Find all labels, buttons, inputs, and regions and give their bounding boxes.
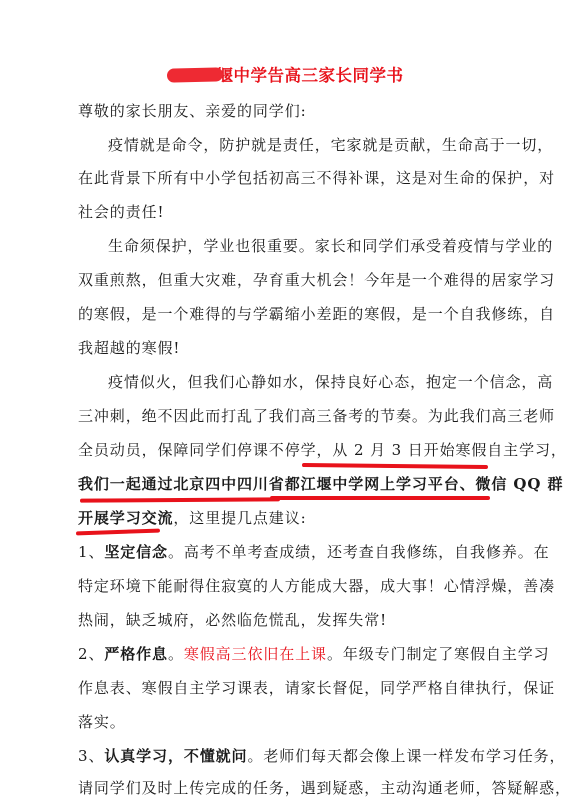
paragraph-line: 社会的责任! — [78, 202, 498, 222]
document-page: 堰中学告高三家长同学书 尊敬的家长朋友、亲爱的同学们: 疫情就是命令，防护就是责… — [0, 0, 570, 807]
document-title: 堰中学告高三家长同学书 — [0, 62, 570, 86]
list-item-2: 2、严格作息。寒假高三依旧在上课。年级专门制定了寒假自主学习 — [78, 644, 498, 664]
paragraph-line: 疫情似火，但我们心静如水，保持良好心态，抱定一个信念，高 — [108, 372, 498, 392]
paragraph-line: 生命须保护，学业也很重要。家长和同学们承受着疫情与学业的 — [108, 236, 498, 256]
list-item-3: 3、认真学习，不懂就问。老师们每天都会像上课一样发布学习任务， — [78, 746, 498, 766]
paragraph-line: 开展学习交流，这里提几点建议: — [78, 508, 498, 528]
item-number: 2、 — [78, 645, 104, 663]
text-span: 。 — [168, 645, 184, 663]
text-span: 。年级专门制定了寒假自主学习 — [327, 645, 550, 663]
item-heading: 认真学习，不懂就问 — [104, 747, 247, 765]
item-number: 1、 — [78, 543, 104, 561]
title-text: 堰中学告高三家长同学书 — [217, 66, 404, 85]
paragraph-line: 作息表、寒假自主学习课表，请家长督促，同学严格自律执行，保证 — [78, 678, 498, 698]
red-underline-mark — [302, 463, 488, 469]
red-highlight-text: 寒假高三依旧在上课 — [184, 645, 327, 663]
text-span: ，这里提几点建议: — [173, 509, 306, 527]
paragraph-line: 疫情就是命令，防护就是责任，宅家就是贡献，生命高于一切， — [108, 135, 498, 155]
paragraph-line: 的寒假，是一个难得的与学霸缩小差距的寒假，是一个自我修练，自 — [78, 304, 498, 324]
text-span: 全员动员，保障同学们停课不停学， — [78, 441, 332, 459]
text-span: 。老师们每天都会像上课一样发布学习任务， — [247, 747, 565, 765]
paragraph-line: 全员动员，保障同学们停课不停学，从 2 月 3 日开始寒假自主学习， — [78, 440, 498, 460]
item-heading: 坚定信念 — [104, 543, 168, 561]
item-heading: 严格作息 — [104, 645, 168, 663]
list-item-1: 1、坚定信念。高考不单考查成绩，还考查自我修练，自我修养。在 — [78, 542, 498, 562]
redaction-scribble — [167, 68, 217, 82]
paragraph-line: 请同学们及时上传完成的任务，遇到疑惑，主动沟通老师，答疑解惑， — [78, 778, 498, 798]
paragraph-line: 双重煎熬，但重大灾难，孕育重大机会！今年是一个难得的居家学习 — [78, 270, 498, 290]
underlined-exchange-text: 开展学习交流 — [78, 509, 173, 527]
underlined-platform-line: 我们一起通过北京四中四川省都江堰中学网上学习平台、微信 QQ 群 — [78, 474, 498, 494]
red-underline-mark — [80, 497, 280, 502]
red-underline-mark — [76, 529, 160, 536]
item-number: 3、 — [78, 747, 104, 765]
salutation: 尊敬的家长朋友、亲爱的同学们: — [78, 101, 498, 121]
paragraph-line: 我超越的寒假! — [78, 338, 498, 358]
red-underline-mark — [270, 496, 490, 500]
paragraph-line: 落实。 — [78, 712, 498, 732]
paragraph-line: 特定环境下能耐得住寂寞的人方能成大器，成大事！心情浮燥，善凑 — [78, 576, 498, 596]
paragraph-line: 热闹，缺乏城府，必然临危慌乱，发挥失常! — [78, 610, 498, 630]
paragraph-line: 三冲刺，绝不因此而打乱了我们高三备考的节奏。为此我们高三老师 — [78, 406, 498, 426]
paragraph-line: 在此背景下所有中小学包括初高三不得补课，这是对生命的保护，对 — [78, 168, 498, 188]
text-span: 。高考不单考查成绩，还考查自我修练，自我修养。在 — [168, 543, 550, 561]
underlined-date-text: 从 2 月 3 日开始寒假自主学习， — [332, 441, 566, 459]
